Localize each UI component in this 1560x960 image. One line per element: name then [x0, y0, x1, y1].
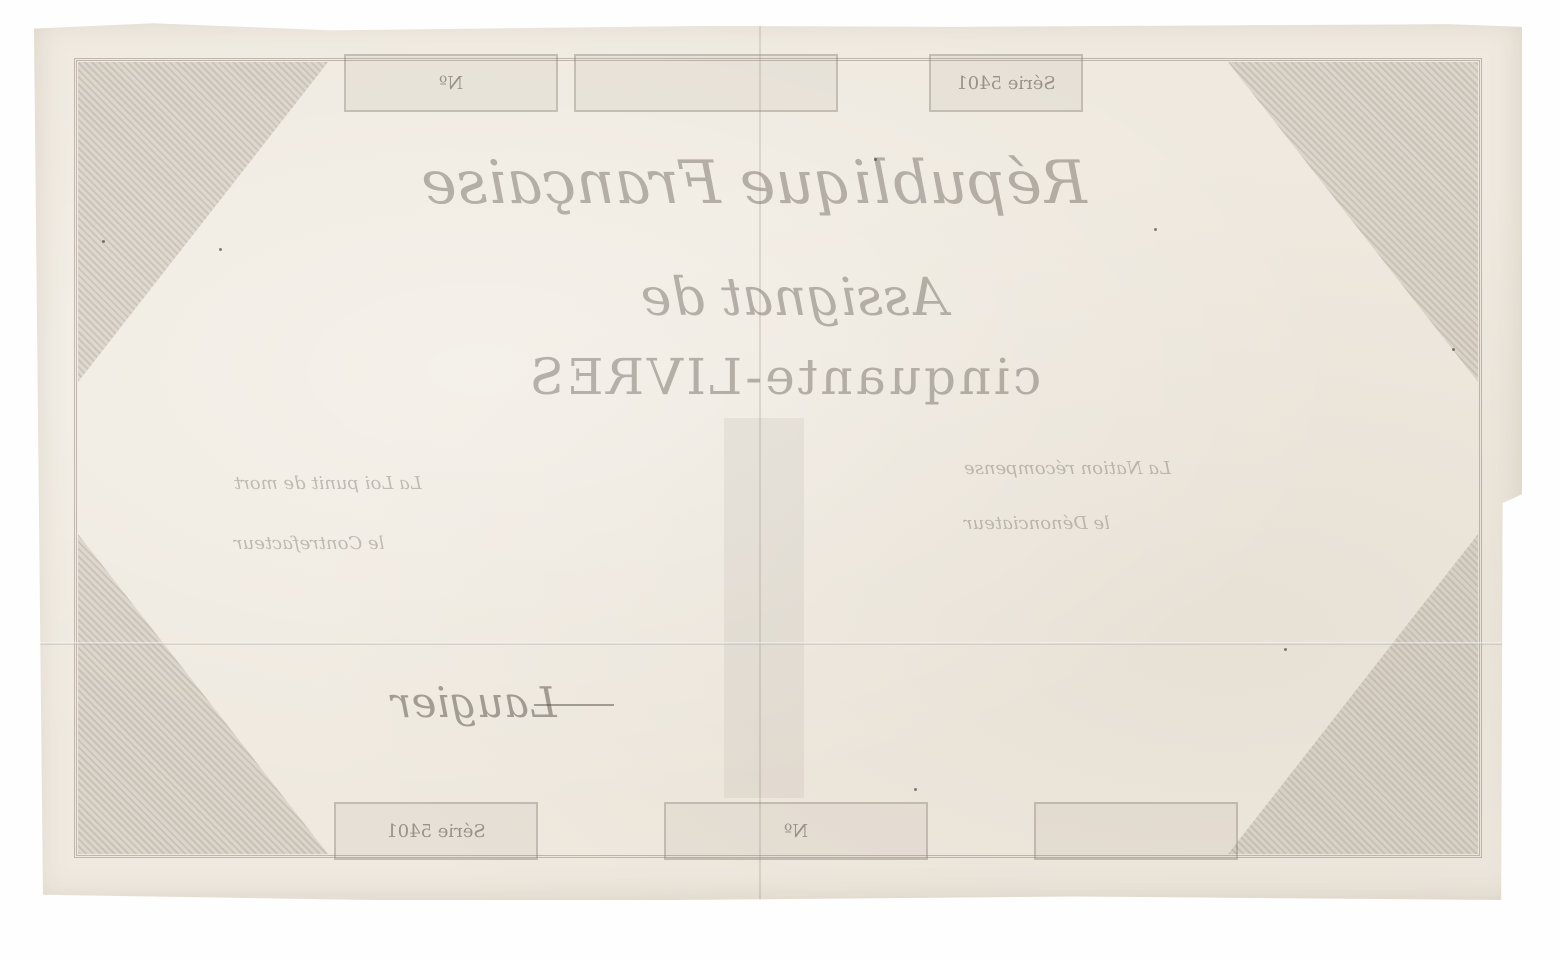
ink-speck — [219, 248, 222, 251]
ornament-box-bottom — [1034, 802, 1238, 860]
banknote-paper: Nº Série 5401 Série 5401 Nº République F… — [34, 18, 1522, 900]
ink-speck — [874, 158, 877, 161]
legal-line-4: le Dénonciateur — [964, 513, 1110, 534]
watermark-figure — [724, 418, 804, 798]
fold-crease-vertical — [759, 18, 761, 900]
legal-line-3: La Nation récompense — [964, 458, 1171, 479]
legal-line-2: le Contrefacteur — [234, 533, 384, 554]
ink-speck — [1284, 648, 1287, 651]
serial-box-bottom: Série 5401 — [334, 802, 538, 860]
republic-heading: République Française — [304, 148, 1204, 218]
ornament-box-top — [574, 54, 838, 112]
ink-speck — [102, 240, 105, 243]
ink-speck — [1452, 348, 1455, 351]
denomination-text: cinquante-LIVRES — [134, 348, 1434, 406]
number-box-bottom: Nº — [664, 802, 928, 860]
number-box-top: Nº — [344, 54, 558, 112]
assignat-heading: Assignat de — [144, 268, 1444, 328]
ink-speck — [1154, 228, 1157, 231]
fold-crease-horizontal — [34, 642, 1522, 645]
signature: Laugier — [334, 678, 614, 727]
ink-speck — [914, 788, 917, 791]
serial-box-top: Série 5401 — [929, 54, 1083, 112]
legal-line-1: La Loi punit de mort — [234, 473, 422, 494]
